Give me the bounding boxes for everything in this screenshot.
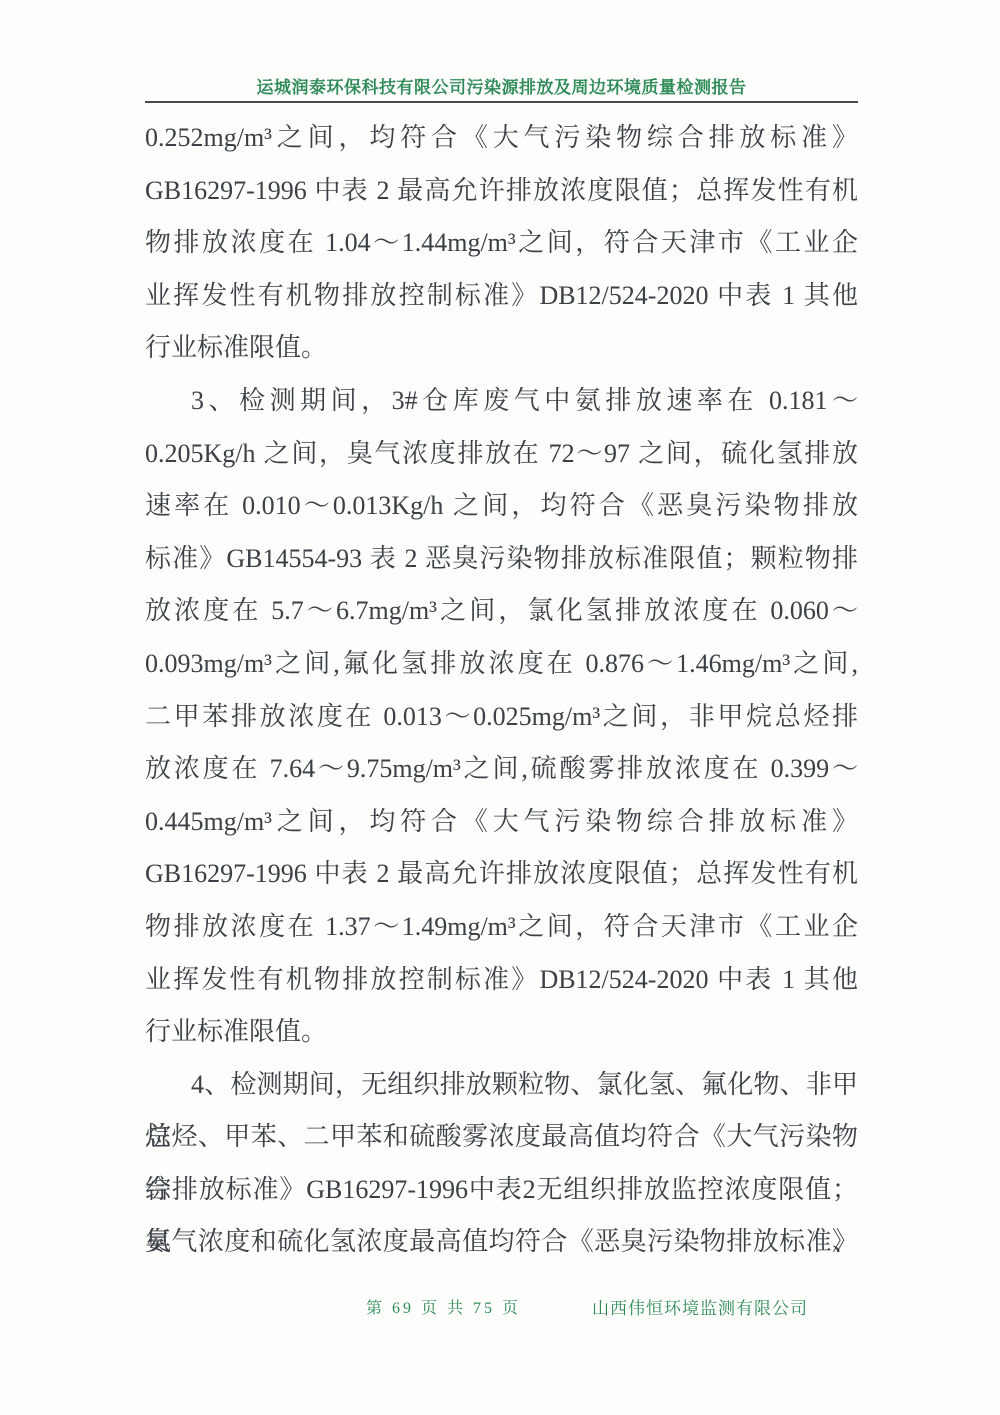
text-line: 放浓度在 7.64～9.75mg/m³之间,硫酸雾排放浓度在 0.399～	[145, 743, 858, 796]
footer-page-number: 第 69 页 共 75 页	[366, 1295, 521, 1318]
body-text: 0.252mg/m³之间，均符合《大气污染物综合排放标准》 GB16297-19…	[145, 112, 858, 1269]
text-line: GB16297-1996 中表 2 最高允许排放浓度限值；总挥发性有机	[145, 848, 858, 901]
text-line: 0.205Kg/h 之间，臭气浓度排放在 72～97 之间，硫化氢排放	[145, 428, 858, 481]
text-line: 0.093mg/m³之间,氟化氢排放浓度在 0.876～1.46mg/m³之间,	[145, 638, 858, 691]
text-line: 速率在 0.010～0.013Kg/h 之间，均符合《恶臭污染物排放	[145, 480, 858, 533]
text-line: 3、检测期间，3#仓库废气中氨排放速率在 0.181～	[145, 375, 858, 428]
text-line: 物排放浓度在 1.37～1.49mg/m³之间，符合天津市《工业企	[145, 901, 858, 954]
text-line: 0.252mg/m³之间，均符合《大气污染物综合排放标准》	[145, 112, 858, 165]
page-header-title: 运城润泰环保科技有限公司污染源排放及周边环境质量检测报告	[145, 73, 858, 98]
text-line: 总烃、甲苯、二甲苯和硫酸雾浓度最高值均符合《大气污染物综	[145, 1111, 858, 1164]
text-line: GB16297-1996 中表 2 最高允许排放浓度限值；总挥发性有机	[145, 165, 858, 218]
text-line: 臭气浓度和硫化氢浓度最高值均符合《恶臭污染物排放标准》	[145, 1216, 858, 1269]
header-divider-line	[145, 101, 858, 103]
text-line: 二甲苯排放浓度在 0.013～0.025mg/m³之间，非甲烷总烃排	[145, 691, 858, 744]
text-line: 4、检测期间，无组织排放颗粒物、氯化氢、氟化物、非甲烷	[145, 1059, 858, 1112]
text-line: 行业标准限值。	[145, 1006, 858, 1059]
text-line: 业挥发性有机物排放控制标准》DB12/524-2020 中表 1 其他	[145, 954, 858, 1007]
text-line: 行业标准限值。	[145, 322, 858, 375]
text-line: 标准》GB14554-93 表 2 恶臭污染物排放标准限值；颗粒物排	[145, 533, 858, 586]
text-line: 放浓度在 5.7～6.7mg/m³之间，氯化氢排放浓度在 0.060～	[145, 585, 858, 638]
document-page: 运城润泰环保科技有限公司污染源排放及周边环境质量检测报告 0.252mg/m³之…	[0, 0, 1000, 1415]
text-line: 物排放浓度在 1.04～1.44mg/m³之间，符合天津市《工业企	[145, 217, 858, 270]
text-line: 0.445mg/m³之间，均符合《大气污染物综合排放标准》	[145, 796, 858, 849]
text-line: 合排放标准》GB16297-1996中表2无组织排放监控浓度限值；氨、	[145, 1164, 858, 1217]
footer-company-name: 山西伟恒环境监测有限公司	[592, 1294, 808, 1319]
text-line: 业挥发性有机物排放控制标准》DB12/524-2020 中表 1 其他	[145, 270, 858, 323]
